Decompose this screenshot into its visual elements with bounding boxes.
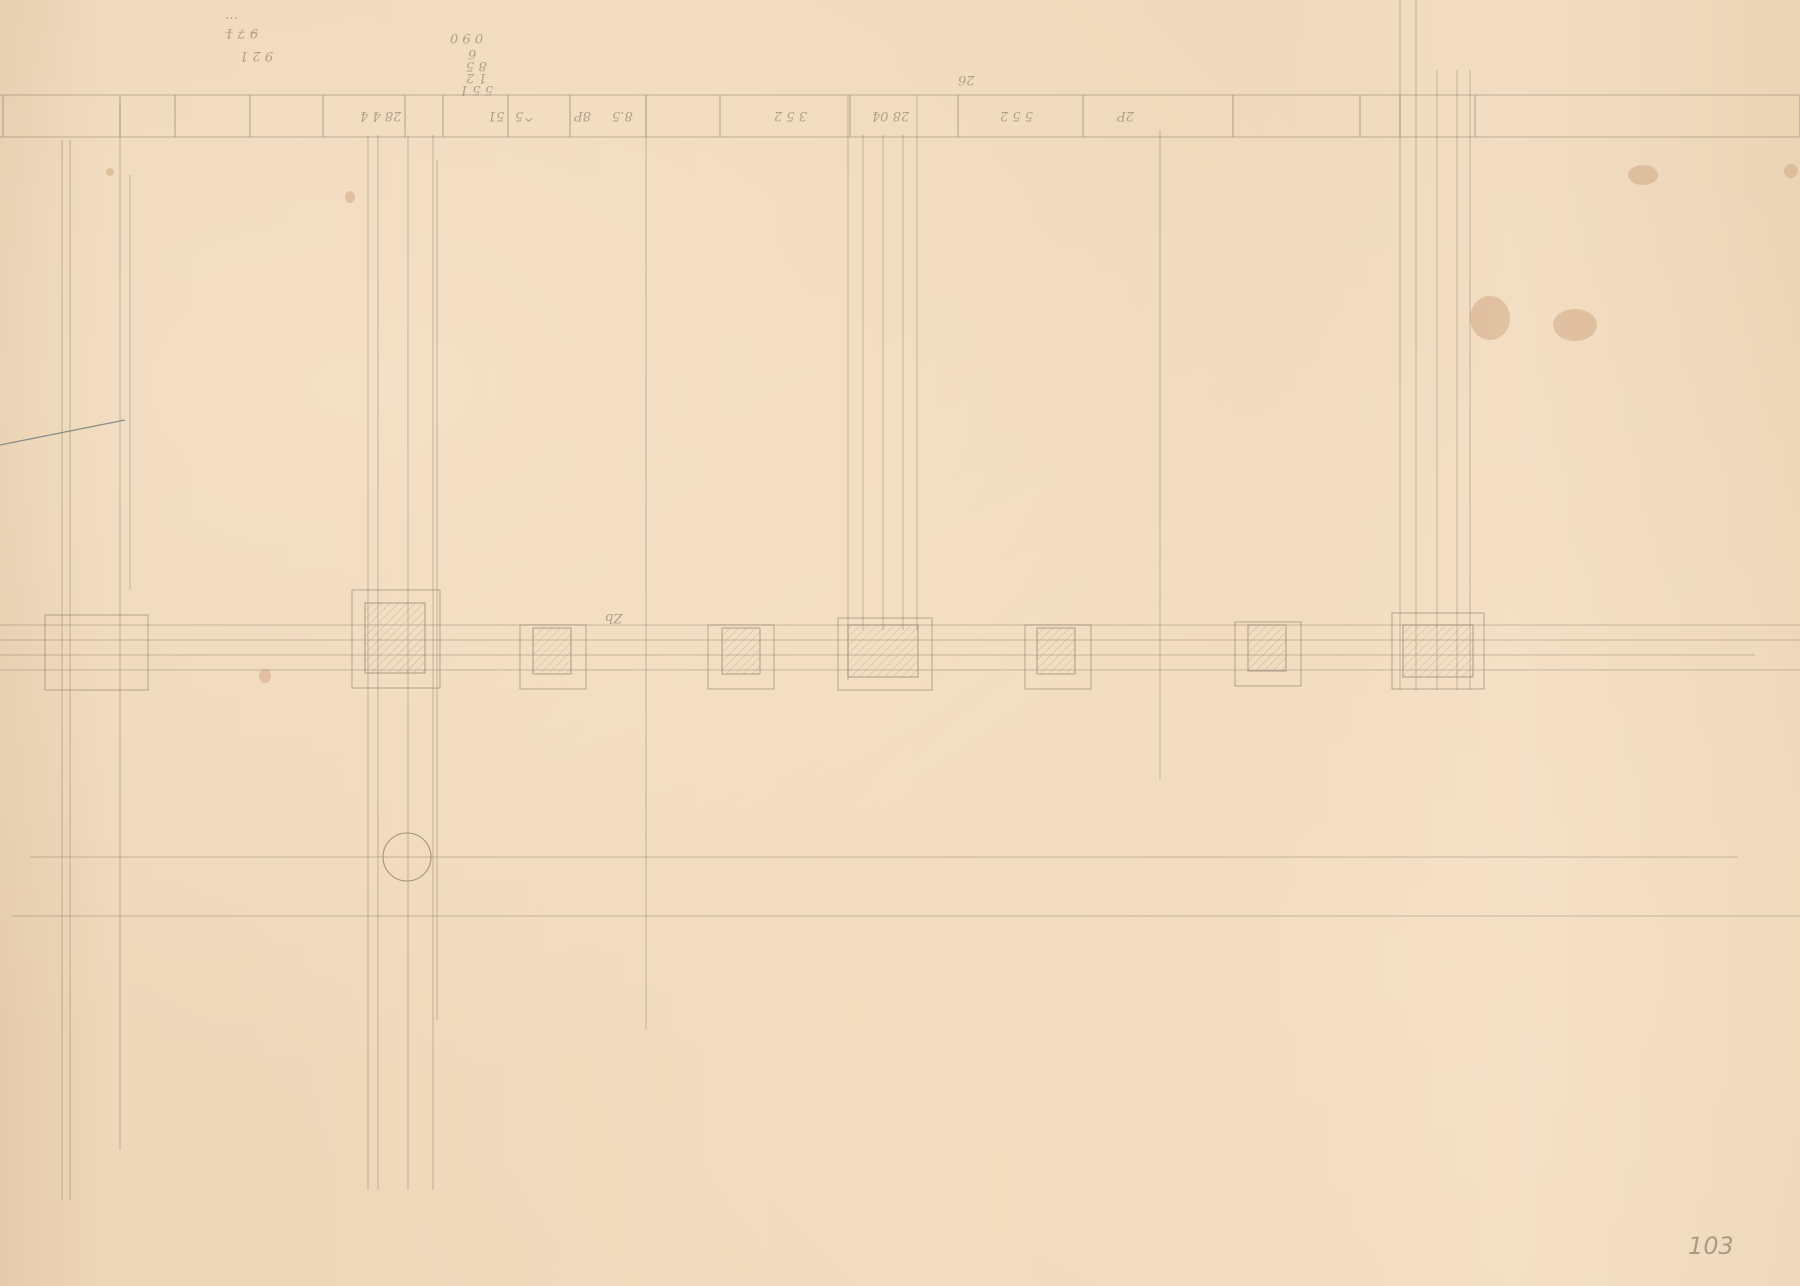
calc-note-top-left-3: 9 2 1	[240, 48, 273, 63]
stain	[106, 168, 114, 176]
paper-stains	[106, 164, 1798, 683]
pier-hatched-core	[1403, 625, 1473, 677]
dimension-label: 28 4 4	[360, 108, 401, 123]
paper-crack	[0, 420, 125, 445]
pier-hatched-core	[365, 603, 425, 673]
pier-hatched-core	[722, 628, 760, 674]
calc-note-top-0: 0 9 0	[450, 30, 483, 45]
dimension-label: 5 5 2	[1000, 108, 1033, 123]
stain	[1470, 296, 1510, 340]
stain	[1784, 164, 1798, 178]
pier-hatched-core	[848, 625, 918, 677]
floor-plan	[0, 0, 1800, 1286]
dimension-label: 8P	[574, 108, 591, 123]
dimension-label: 3 5 2	[774, 108, 807, 123]
stain	[345, 191, 355, 203]
dimension-label: 2P	[1117, 108, 1134, 123]
calc-note-top-4: 5 5 1	[460, 82, 493, 97]
dimension-label: 51	[488, 108, 505, 123]
dimension-label: 8.5	[612, 108, 633, 123]
dimension-label: 28 04	[872, 108, 909, 123]
pier-hatched-core	[1037, 628, 1075, 674]
sheet-number: 103	[1688, 1232, 1734, 1260]
calc-note-top-left: …	[225, 8, 238, 23]
dimension-label: 26	[958, 72, 975, 87]
stain	[1628, 165, 1658, 185]
dimension-label: Zb	[605, 610, 622, 625]
wall-corner-left	[45, 615, 148, 690]
pier-hatched-core	[1248, 625, 1286, 671]
drawing-sheet: … 9̶ 7̶ 1̶ 9 2 1 0 9 0 6 8 5 1 2 5 5 1 2…	[0, 0, 1800, 1286]
vertical-wall-lines	[62, 0, 1470, 1200]
stain	[1553, 309, 1597, 341]
calc-note-top-left-2: 9̶ 7̶ 1̶	[225, 25, 258, 40]
stain	[259, 669, 271, 683]
pier-hatched-core	[533, 628, 571, 674]
dimension-label: ^5	[515, 108, 534, 123]
